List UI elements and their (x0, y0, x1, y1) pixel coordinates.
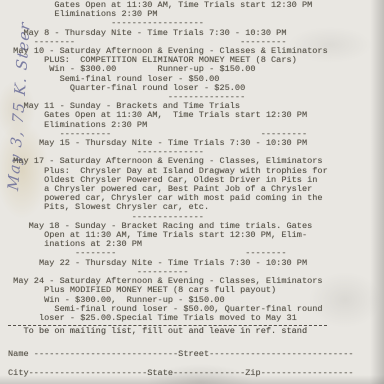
schedule-line: loser - $25.00.Special Time Trials moved… (8, 314, 384, 323)
form-city-state-zip-line: City-----------------------State--------… (8, 369, 384, 378)
typewritten-schedule: Gates Open at 11:30 AM, Time Trials star… (0, 0, 384, 378)
form-name-street-line: Name ----------------------------Street-… (8, 350, 384, 359)
mailing-list-note: To be on mailing list, fill out and leav… (8, 327, 384, 336)
scanned-schedule-page: May 3, 75 K. Steer Gates Open at 11:30 A… (0, 0, 384, 384)
